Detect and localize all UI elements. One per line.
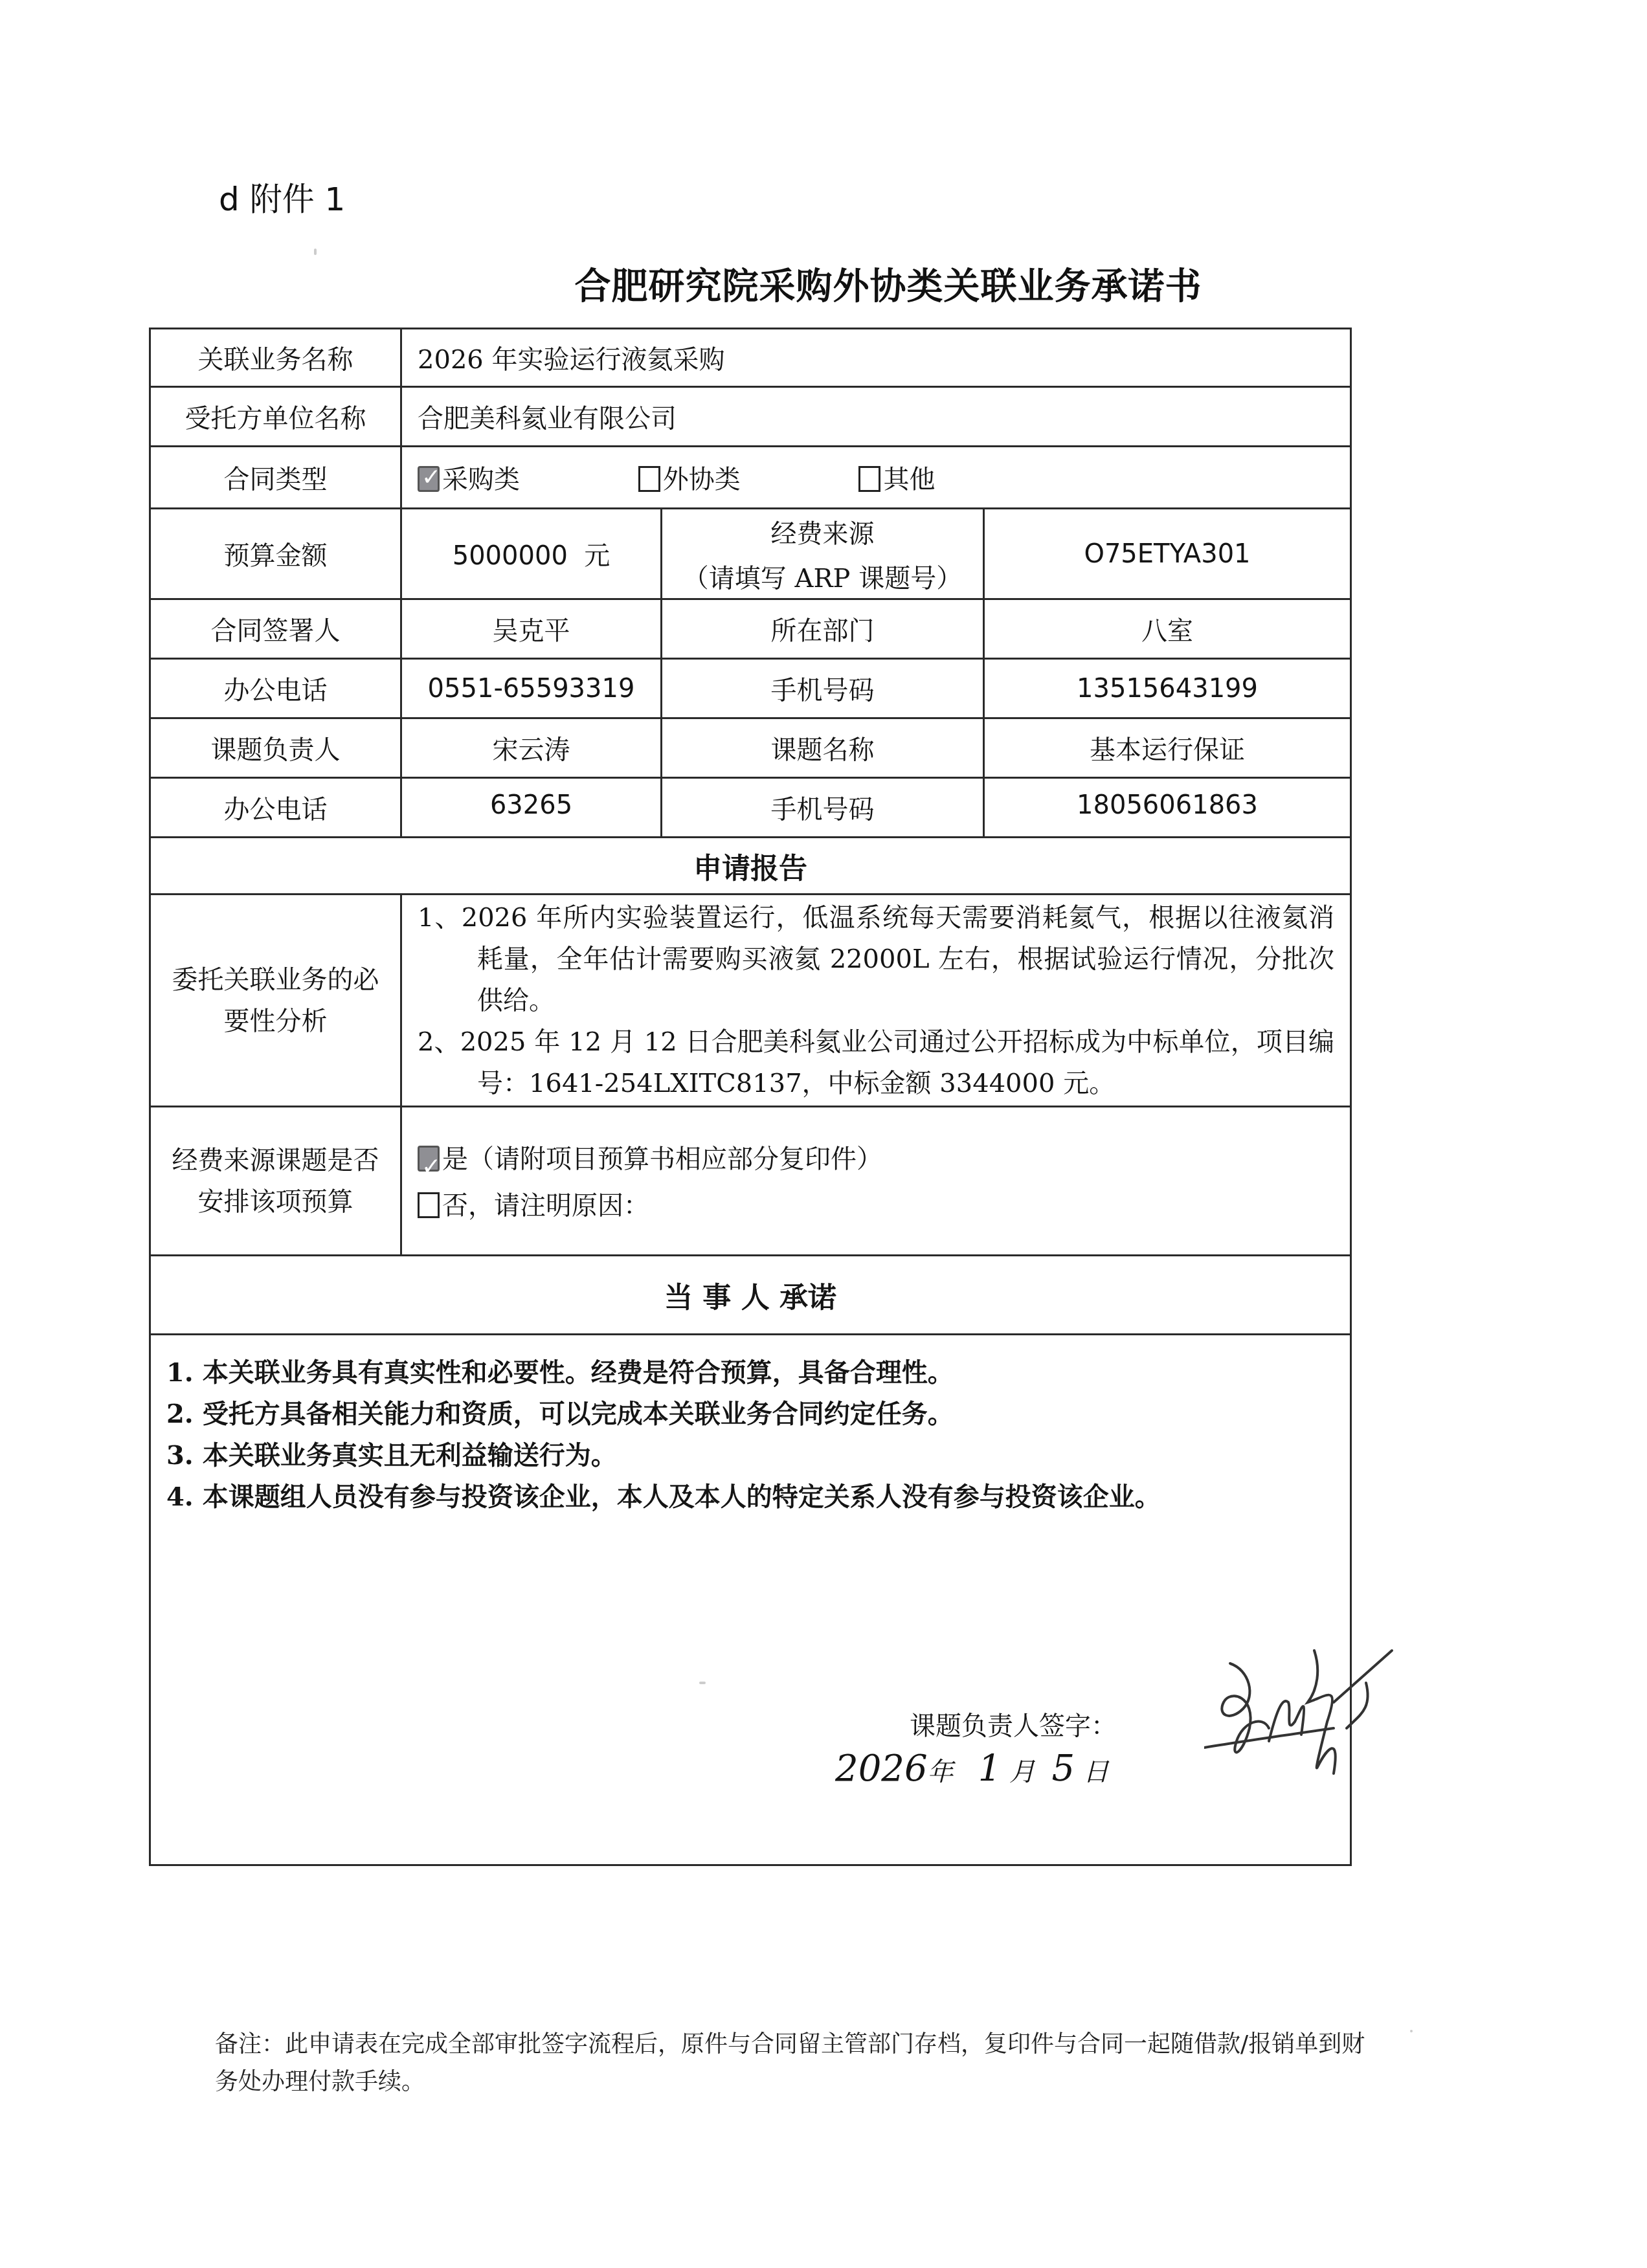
row-necessity-analysis: 委托关联业务的必要性分析 1、2026 年所内实验装置运行，低温系统每天需要消耗… xyxy=(150,895,1351,1107)
attachment-label: d 附件 1 xyxy=(219,173,345,220)
date-month-unit: 月 xyxy=(1009,1757,1035,1787)
contract-type-option-purchase[interactable]: 采购类 xyxy=(418,459,520,496)
mobile-label: 手机号码 xyxy=(662,659,984,718)
option-label: 其他 xyxy=(883,465,935,495)
commitment-form-table: 关联业务名称 2026 年实验运行液氦采购 受托方单位名称 合肥美科氦业有限公司… xyxy=(149,328,1352,1866)
office-phone-value: 0551-65593319 xyxy=(401,659,662,718)
necessity-label: 委托关联业务的必要性分析 xyxy=(150,895,401,1107)
necessity-item-2: 2、2025 年 12 月 12 日合肥美科氦业公司通过公开招标成为中标单位，项… xyxy=(418,1021,1334,1104)
funding-source-label: 经费来源 （请填写 ARP 课题号） xyxy=(662,509,984,599)
row-signer-contact: 办公电话 0551-65593319 手机号码 13515643199 xyxy=(150,659,1351,718)
dept-label: 所在部门 xyxy=(662,599,984,659)
lead-office-phone-value: 63265 xyxy=(401,778,662,838)
project-lead-value: 宋云涛 xyxy=(401,718,662,778)
budget-arranged-options: 是（请附项目预算书相应部分复印件） 否，请注明原因： xyxy=(401,1107,1351,1256)
contract-type-options: 采购类 外协类 其他 xyxy=(401,447,1351,509)
commitment-title: 当 事 人 承诺 xyxy=(150,1256,1351,1335)
necessity-content: 1、2026 年所内实验装置运行，低温系统每天需要消耗氦气，根据以往液氦消耗量，… xyxy=(401,895,1351,1107)
date-year: 2026 xyxy=(835,1748,928,1790)
mobile-value: 13515643199 xyxy=(984,659,1351,718)
option-label: 否，请注明原因： xyxy=(442,1191,649,1221)
budget-arranged-label: 经费来源课题是否安排该项预算 xyxy=(150,1107,401,1256)
budget-value: 5000000 元 xyxy=(401,509,662,599)
signer-value: 吴克平 xyxy=(401,599,662,659)
project-name-label: 课题名称 xyxy=(662,718,984,778)
business-name-value: 2026 年实验运行液氦采购 xyxy=(401,329,1351,387)
document-title: 合肥研究院采购外协类关联业务承诺书 xyxy=(0,258,1647,309)
budget-label: 预算金额 xyxy=(150,509,401,599)
funding-source-label-line1: 经费来源 xyxy=(669,513,976,550)
date-month: 1 xyxy=(978,1748,1002,1790)
option-label: 采购类 xyxy=(442,465,520,495)
row-commitment-header: 当 事 人 承诺 xyxy=(150,1256,1351,1335)
handwritten-signature-icon xyxy=(1204,1644,1398,1786)
footnote: 备注：此申请表在完成全部审批签字流程后，原件与合同留主管部门存档，复印件与合同一… xyxy=(215,2026,1374,2101)
row-application-report-header: 申请报告 xyxy=(150,838,1351,895)
checkbox-unchecked-icon[interactable] xyxy=(858,466,880,492)
checkbox-unchecked-icon[interactable] xyxy=(638,466,660,492)
date-year-unit: 年 xyxy=(928,1757,954,1787)
row-business-name: 关联业务名称 2026 年实验运行液氦采购 xyxy=(150,329,1351,387)
entrusted-party-label: 受托方单位名称 xyxy=(150,387,401,447)
project-name-value: 基本运行保证 xyxy=(984,718,1351,778)
row-contract-type: 合同类型 采购类 外协类 其他 xyxy=(150,447,1351,509)
lead-mobile-value: 18056061863 xyxy=(984,778,1351,838)
lead-mobile-label: 手机号码 xyxy=(662,778,984,838)
scan-speck xyxy=(314,249,317,255)
scan-speck xyxy=(1410,2030,1413,2032)
lead-office-phone-label: 办公电话 xyxy=(150,778,401,838)
entrusted-party-value: 合肥美科氦业有限公司 xyxy=(401,387,1351,447)
funding-source-label-line2: （请填写 ARP 课题号） xyxy=(669,558,976,595)
row-budget-arranged: 经费来源课题是否安排该项预算 是（请附项目预算书相应部分复印件） 否，请注明原因… xyxy=(150,1107,1351,1256)
commitment-item-4: 4. 本课题组人员没有参与投资该企业，本人及本人的特定关系人没有参与投资该企业。 xyxy=(166,1476,1343,1518)
checkbox-checked-icon[interactable] xyxy=(418,466,440,492)
checkbox-checked-icon[interactable] xyxy=(418,1146,440,1172)
commitment-item-2: 2. 受托方具备相关能力和资质，可以完成本关联业务合同约定任务。 xyxy=(166,1394,1343,1435)
commitment-item-3: 3. 本关联业务真实且无利益输送行为。 xyxy=(166,1435,1343,1476)
row-lead-contact: 办公电话 63265 手机号码 18056061863 xyxy=(150,778,1351,838)
date-day-unit: 日 xyxy=(1083,1757,1109,1787)
signature-date: 2026年 1 月 5 日 xyxy=(835,1748,1109,1790)
contract-type-option-outsourcing[interactable]: 外协类 xyxy=(638,459,741,496)
signature-label: 课题负责人签字： xyxy=(910,1706,1117,1742)
row-commitment-body: 1. 本关联业务具有真实性和必要性。经费是符合预算，具备合理性。 2. 受托方具… xyxy=(150,1335,1351,1865)
application-report-title: 申请报告 xyxy=(150,838,1351,895)
row-entrusted-party: 受托方单位名称 合肥美科氦业有限公司 xyxy=(150,387,1351,447)
row-signer: 合同签署人 吴克平 所在部门 八室 xyxy=(150,599,1351,659)
row-budget: 预算金额 5000000 元 经费来源 （请填写 ARP 课题号） O75ETY… xyxy=(150,509,1351,599)
scan-speck xyxy=(699,1682,706,1684)
signer-label: 合同签署人 xyxy=(150,599,401,659)
date-day: 5 xyxy=(1051,1748,1075,1790)
office-phone-label: 办公电话 xyxy=(150,659,401,718)
option-label: 外协类 xyxy=(663,465,741,495)
row-project-lead: 课题负责人 宋云涛 课题名称 基本运行保证 xyxy=(150,718,1351,778)
option-label: 是（请附项目预算书相应部分复印件） xyxy=(442,1144,882,1174)
funding-source-value: O75ETYA301 xyxy=(984,509,1351,599)
contract-type-label: 合同类型 xyxy=(150,447,401,509)
budget-option-no[interactable]: 否，请注明原因： xyxy=(418,1183,1343,1229)
project-lead-label: 课题负责人 xyxy=(150,718,401,778)
necessity-item-1: 1、2026 年所内实验装置运行，低温系统每天需要消耗氦气，根据以往液氦消耗量，… xyxy=(418,897,1334,1021)
budget-option-yes[interactable]: 是（请附项目预算书相应部分复印件） xyxy=(418,1136,1343,1183)
commitment-items: 1. 本关联业务具有真实性和必要性。经费是符合预算，具备合理性。 2. 受托方具… xyxy=(150,1335,1351,1865)
checkbox-unchecked-icon[interactable] xyxy=(418,1192,440,1218)
dept-value: 八室 xyxy=(984,599,1351,659)
contract-type-option-other[interactable]: 其他 xyxy=(858,459,935,496)
commitment-item-1: 1. 本关联业务具有真实性和必要性。经费是符合预算，具备合理性。 xyxy=(166,1352,1343,1394)
business-name-label: 关联业务名称 xyxy=(150,329,401,387)
